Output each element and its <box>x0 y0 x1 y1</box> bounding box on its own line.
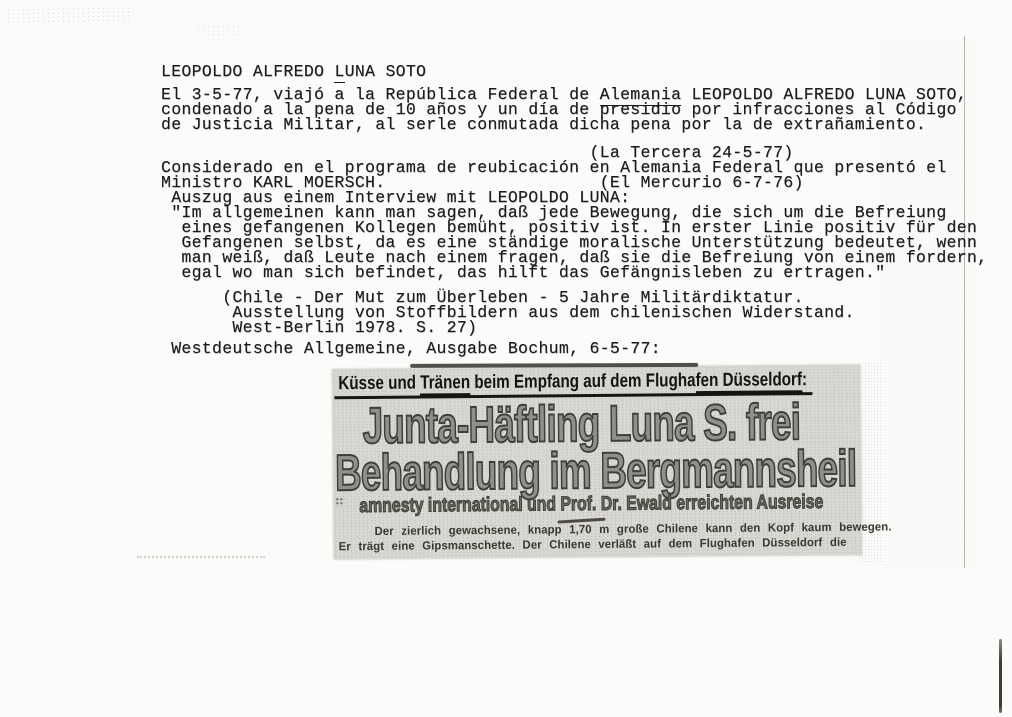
kicker-text: beim Empfang auf dem Flugha <box>470 370 696 393</box>
faint-dash-marks <box>137 556 265 558</box>
typed-line-3: de Justicia Militar, al serle conmutada … <box>161 117 976 132</box>
document-title: LEOPOLDO ALFREDO LUNA SOTO <box>161 64 976 79</box>
typed-text-block: LEOPOLDO ALFREDO LUNA SOTO El 3-5-77, vi… <box>161 64 976 356</box>
scan-edge-dark-line <box>999 639 1002 713</box>
title-underlined-letter: L <box>334 62 344 83</box>
kicker-text: Küsse und <box>338 373 420 395</box>
clipping-subhead: amnesty international und Prof. Dr. Ewal… <box>359 491 823 517</box>
source-line-3: West-Berlin 1978. S. 27) <box>161 320 976 335</box>
title-text-pre: LEOPOLDO ALFREDO <box>161 62 334 81</box>
kicker-underlined-word: fen Düsseldorf <box>695 369 802 394</box>
quote-line-5: egal wo man sich befindet, das hilft das… <box>161 265 976 280</box>
kicker-text: : <box>802 369 807 390</box>
headline-text: Behandlung im Bergmannsheil <box>335 443 857 499</box>
newspaper-clipping: Küsse und Tränen beim Empfang auf dem Fl… <box>332 365 862 560</box>
clipping-kicker: Küsse und Tränen beim Empfang auf dem Fl… <box>338 370 807 394</box>
clipping-body-text: Der zierlich gewachsene, knapp 1,70 m gr… <box>339 520 859 554</box>
scan-noise-mark <box>196 25 242 38</box>
clipping-body-line-2: Er trägt eine Gipsmanschette. Der Chilen… <box>339 534 838 553</box>
title-text-post: UNA SOTO <box>345 62 427 81</box>
clipping-torn-edge <box>410 363 698 368</box>
pen-squiggle-mark <box>335 497 344 506</box>
scan-noise-top-left <box>6 6 130 23</box>
newspaper-reference-line: Westdeutsche Allgemeine, Ausgabe Bochum,… <box>161 341 976 356</box>
scanned-document-page: LEOPOLDO ALFREDO LUNA SOTO El 3-5-77, vi… <box>0 0 1012 717</box>
kicker-underlined-word: Tränen <box>420 372 470 396</box>
headline-line-2: Behandlung im Bergmannsheil <box>335 441 1012 498</box>
